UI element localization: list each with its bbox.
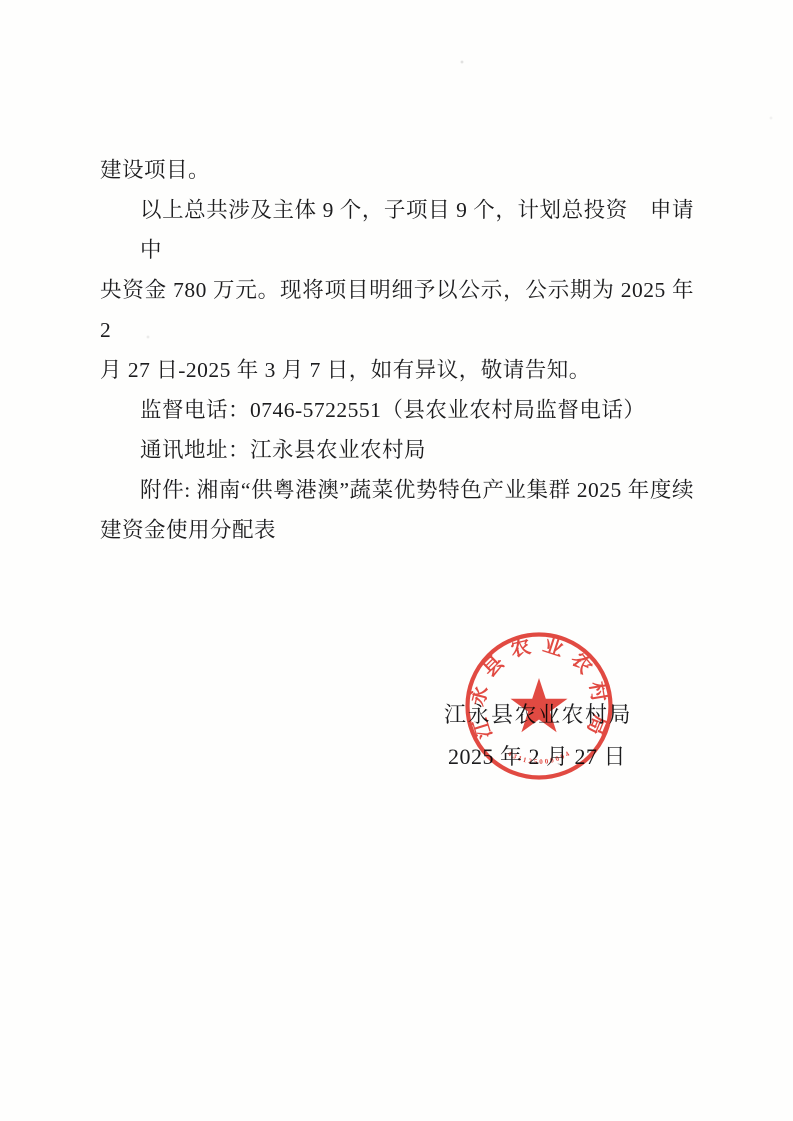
body-line-3: 央资金 780 万元。现将项目明细予以公示，公示期为 2025 年 2 bbox=[100, 270, 694, 350]
body-line-attachment-2: 建资金使用分配表 bbox=[100, 510, 694, 550]
seal-code-text: 431125000004 bbox=[506, 749, 572, 766]
body-line-1: 建设项目。 bbox=[100, 150, 694, 190]
body-line-attachment-1: 附件: 湘南“供粤港澳”蔬菜优势特色产业集群 2025 年度续 bbox=[100, 470, 694, 510]
document-page: 建设项目。 以上总共涉及主体 9 个，子项目 9 个，计划总投资 申请中 央资金… bbox=[0, 0, 793, 1121]
body-line-2: 以上总共涉及主体 9 个，子项目 9 个，计划总投资 申请中 bbox=[100, 190, 694, 270]
body-line-4: 月 27 日-2025 年 3 月 7 日，如有异议，敬请告知。 bbox=[100, 350, 694, 390]
body-line-mailing-address: 通讯地址：江永县农业农村局 bbox=[100, 430, 694, 470]
official-seal: 江永县农业农村局 431125000004 bbox=[461, 628, 617, 784]
body-line-supervision-phone: 监督电话：0746-5722551（县农业农村局监督电话） bbox=[100, 390, 694, 430]
seal-star-icon bbox=[511, 678, 568, 732]
document-body: 建设项目。 以上总共涉及主体 9 个，子项目 9 个，计划总投资 申请中 央资金… bbox=[100, 150, 694, 550]
